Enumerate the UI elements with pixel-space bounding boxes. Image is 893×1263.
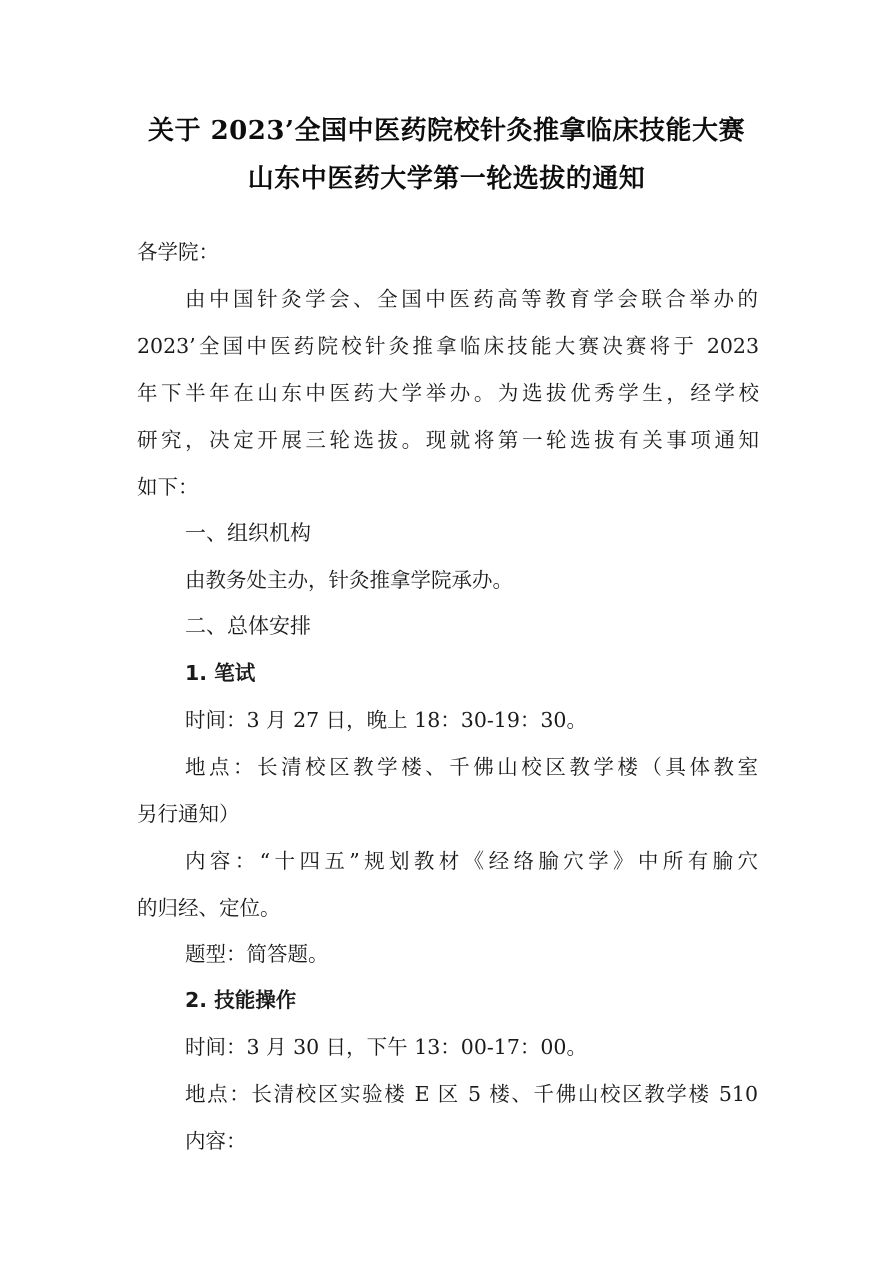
intro-line-5: 如下： [137, 473, 199, 501]
part-1-content-line-1: 内容：“十四五”规划教材《经络腧穴学》中所有腧穴 [185, 847, 758, 875]
intro-line-2: 2023’全国中医药院校针灸推拿临床技能大赛决赛将于 2023 [137, 332, 759, 360]
part-2-time: 时间：3 月 30 日，下午 13：00-17：00。 [185, 1033, 587, 1061]
salutation: 各学院： [137, 238, 219, 266]
part-1-heading: 1. 笔试 [185, 659, 255, 687]
intro-line-1: 由中国针灸学会、全国中医药高等教育学会联合举办的 [185, 285, 758, 313]
intro-line-4: 研究，决定开展三轮选拔。现就将第一轮选拔有关事项通知 [137, 426, 759, 454]
part-1-location-line-1: 地点：长清校区教学楼、千佛山校区教学楼（具体教室 [185, 753, 758, 781]
intro-line-3: 年下半年在山东中医药大学举办。为选拔优秀学生，经学校 [137, 379, 759, 407]
part-1-content-line-2: 的归经、定位。 [137, 894, 281, 922]
part-1-location-line-2: 另行通知） [137, 800, 240, 828]
part-2-content: 内容： [185, 1127, 247, 1155]
document-page: 关于 2023’全国中医药院校针灸推拿临床技能大赛 山东中医药大学第一轮选拔的通… [0, 0, 893, 1263]
part-2-heading: 2. 技能操作 [185, 986, 296, 1014]
part-1-question-type: 题型：简答题。 [185, 940, 329, 968]
part-2-location: 地点：长清校区实验楼 E 区 5 楼、千佛山校区教学楼 510 [185, 1080, 758, 1108]
document-title-line-1: 关于 2023’全国中医药院校针灸推拿临床技能大赛 [0, 116, 893, 146]
section-1-body: 由教务处主办，针灸推拿学院承办。 [185, 566, 513, 594]
section-2-heading: 二、总体安排 [185, 612, 311, 640]
part-1-time: 时间：3 月 27 日，晚上 18：30-19：30。 [185, 706, 587, 734]
section-1-heading: 一、组织机构 [185, 519, 311, 547]
document-title-line-2: 山东中医药大学第一轮选拔的通知 [0, 164, 893, 194]
